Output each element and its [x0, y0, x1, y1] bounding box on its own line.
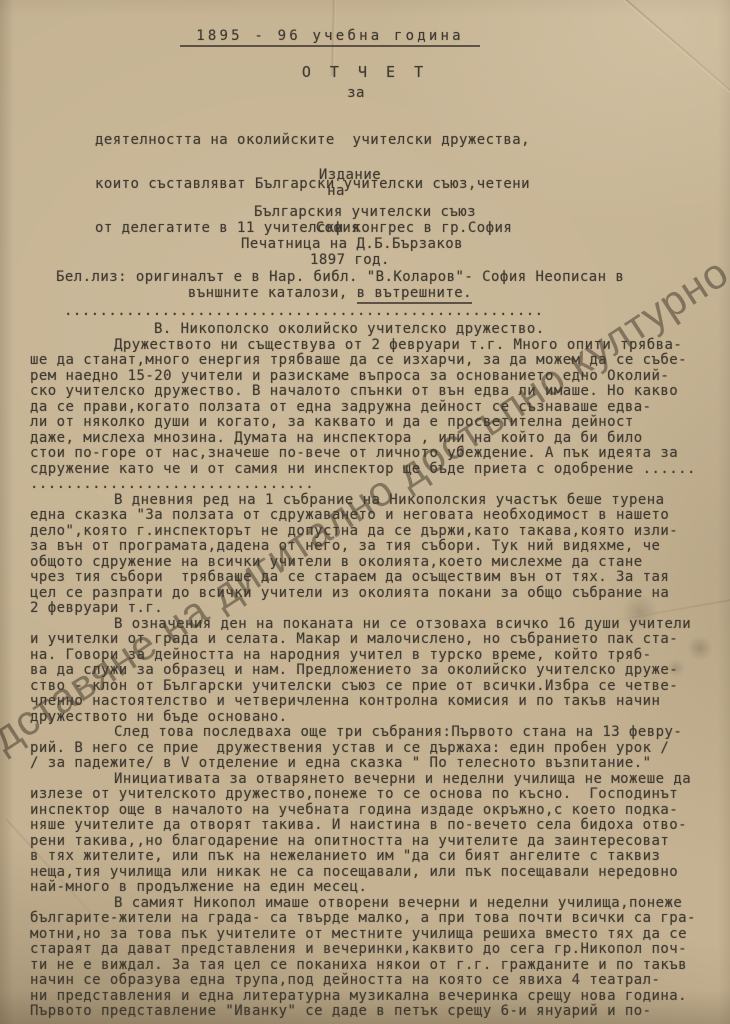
- body-line: След това последваха още три събрания:Пъ…: [30, 725, 720, 741]
- body-line: Първото представление "Иванку" се даде в…: [30, 1004, 720, 1020]
- body-line: / за падежите/ в V отделение и една сказ…: [30, 756, 720, 772]
- body-line: една сказка "За ползата от сдружаването …: [30, 508, 720, 524]
- document-body: В. Никополско околийско учителско дружес…: [30, 322, 720, 1020]
- body-line: В дневния ред на 1 събрание на Никополск…: [30, 493, 720, 509]
- body-line: ско учителско дружество. В началото спън…: [30, 384, 720, 400]
- body-line: ли от няколко души и когато, за каквато …: [30, 415, 720, 431]
- body-line: стараят да дават представления и вечерин…: [30, 942, 720, 958]
- subject-line: деятелността на околийските учителски др…: [95, 133, 530, 148]
- printing-house: Печатница на Д.Б.Бързаков: [0, 236, 704, 252]
- publisher-name: Българския учителски съюз: [0, 204, 730, 220]
- body-line: дружеството ни бъде основано.: [30, 710, 720, 726]
- body-line: мотни,но за това пък учителите от местни…: [30, 927, 720, 943]
- section-heading: В. Никополско околийско учителско дружес…: [30, 322, 720, 338]
- report-title: О Т Ч Е Т: [0, 63, 730, 81]
- body-line: Дружеството ни съществува от 2 февруари …: [30, 338, 720, 354]
- body-line: няше учителите да отворят такива. И наис…: [30, 818, 720, 834]
- body-line: чрез тия събори трябваше да се стараем д…: [30, 570, 720, 586]
- school-year-text: 1895 - 96 учебна година: [180, 28, 479, 47]
- body-line: ти не е виждал. За тая цел се поканиха н…: [30, 958, 720, 974]
- body-line: ни представления и една литературна музи…: [30, 989, 720, 1005]
- body-line: ше да станат,много енергия трябваше да с…: [30, 353, 720, 369]
- body-line: рий. В него се прие дружествения устав и…: [30, 741, 720, 757]
- scanned-document-page: Представяне на дигитално достъпно култур…: [0, 0, 730, 1024]
- body-line: инспектор още в началото на учебната год…: [30, 803, 720, 819]
- body-line: цел се разпрати до всички учители из око…: [30, 586, 720, 602]
- body-line: дело",която г.инспекторът не допустна да…: [30, 524, 720, 540]
- body-line: българите-жители на града- са твърде мал…: [30, 911, 720, 927]
- body-line: стои по-горе от нас,значеше по-вече от л…: [30, 446, 720, 462]
- library-note-plain: външните каталози,: [188, 285, 357, 301]
- body-line: сдружение като че и от самия ни инспекто…: [30, 462, 720, 478]
- body-line: даже, мислеха мнозина. Думата на инспект…: [30, 431, 720, 447]
- body-line: В самият Никопол имаше отворени вечерни …: [30, 896, 720, 912]
- publisher-city: София: [0, 220, 676, 236]
- dots-separator-top: ........................................…: [64, 303, 543, 319]
- body-line: и учителки от града и селата. Макар и ма…: [30, 632, 720, 648]
- school-year-line: 1895 - 96 учебна година: [0, 28, 660, 44]
- body-line: неща,тия училища или никак не са посещав…: [30, 865, 720, 881]
- body-line: начин се образува една трупа,под дейност…: [30, 973, 720, 989]
- body-line: рем наедно 15-20 учители и разискаме въп…: [30, 369, 720, 385]
- body-line: 2 февруари т.г.: [30, 601, 720, 617]
- print-year: 1897 год.: [0, 252, 700, 268]
- body-line: рени такива,,но благодарение на опитност…: [30, 834, 720, 850]
- body-line: излезе от учителското дружество,понеже т…: [30, 787, 720, 803]
- body-line: членно настоятелство и четверичленна кон…: [30, 694, 720, 710]
- library-note-underlined: в вътрешните.: [357, 285, 472, 304]
- body-line: В означения ден на поканата ни се отзова…: [30, 617, 720, 633]
- body-line: за вън от програмата,дадена от него, за …: [30, 539, 720, 555]
- body-line: ва да служи за образец и нам. Предложени…: [30, 663, 720, 679]
- library-note-line2: външните каталози, в вътрешните.: [0, 285, 660, 301]
- body-line: ство - клон от Български учителски съюз …: [30, 679, 720, 695]
- body-line: Инициативата за отварянето вечерни и нед…: [30, 772, 720, 788]
- edition-of-word: на: [0, 183, 672, 199]
- body-line: на. Говори за дейността на народния учит…: [30, 648, 720, 664]
- body-line: в тях жителите, или пък на нежеланието и…: [30, 849, 720, 865]
- edition-label: Издание: [0, 167, 700, 183]
- dots-separator: ................................: [30, 477, 720, 493]
- library-note-line1: Бел.лиз: оригиналът е в Нар. библ. "В.Ко…: [56, 269, 624, 285]
- body-line: да се прави,когато ползата от една задру…: [30, 400, 720, 416]
- report-for-word: за: [0, 85, 712, 101]
- body-line: общото сдружение на всички учители в око…: [30, 555, 720, 571]
- body-line: най-много в продължение на един месец.: [30, 880, 720, 896]
